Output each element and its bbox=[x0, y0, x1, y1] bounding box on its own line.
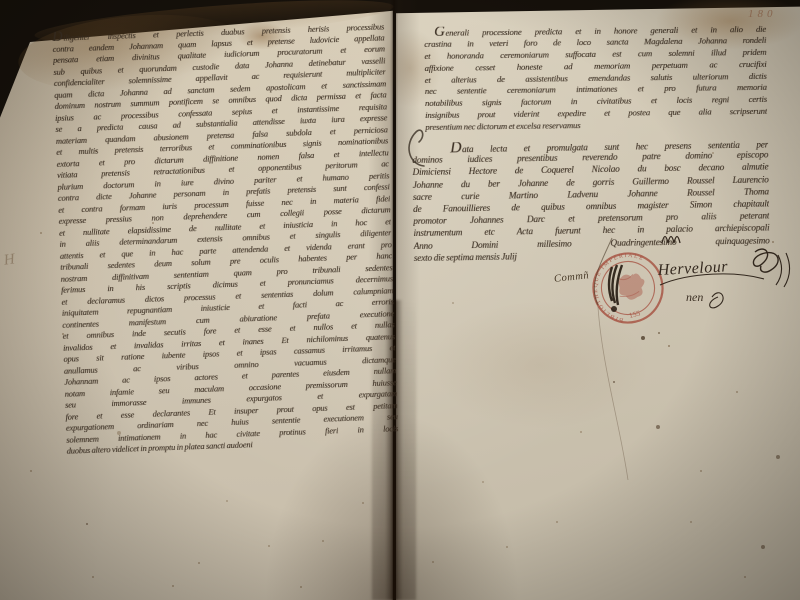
right-page-paragraph-2: Data lecta et promulgata sunt hec presen… bbox=[412, 137, 770, 264]
left-page-text: Diligenter inspectis et perlectis duabus… bbox=[52, 20, 399, 457]
margin-mark: H bbox=[3, 251, 16, 269]
stamp-number: 155 bbox=[628, 308, 641, 320]
foxing-spots bbox=[0, 0, 2, 2]
manuscript-photo: Diligenter inspectis et perlectis duabus… bbox=[0, 0, 800, 600]
right-page-paragraph-1: Generali processione predicta et in hono… bbox=[424, 23, 767, 134]
folio-number: 180 bbox=[748, 8, 777, 20]
